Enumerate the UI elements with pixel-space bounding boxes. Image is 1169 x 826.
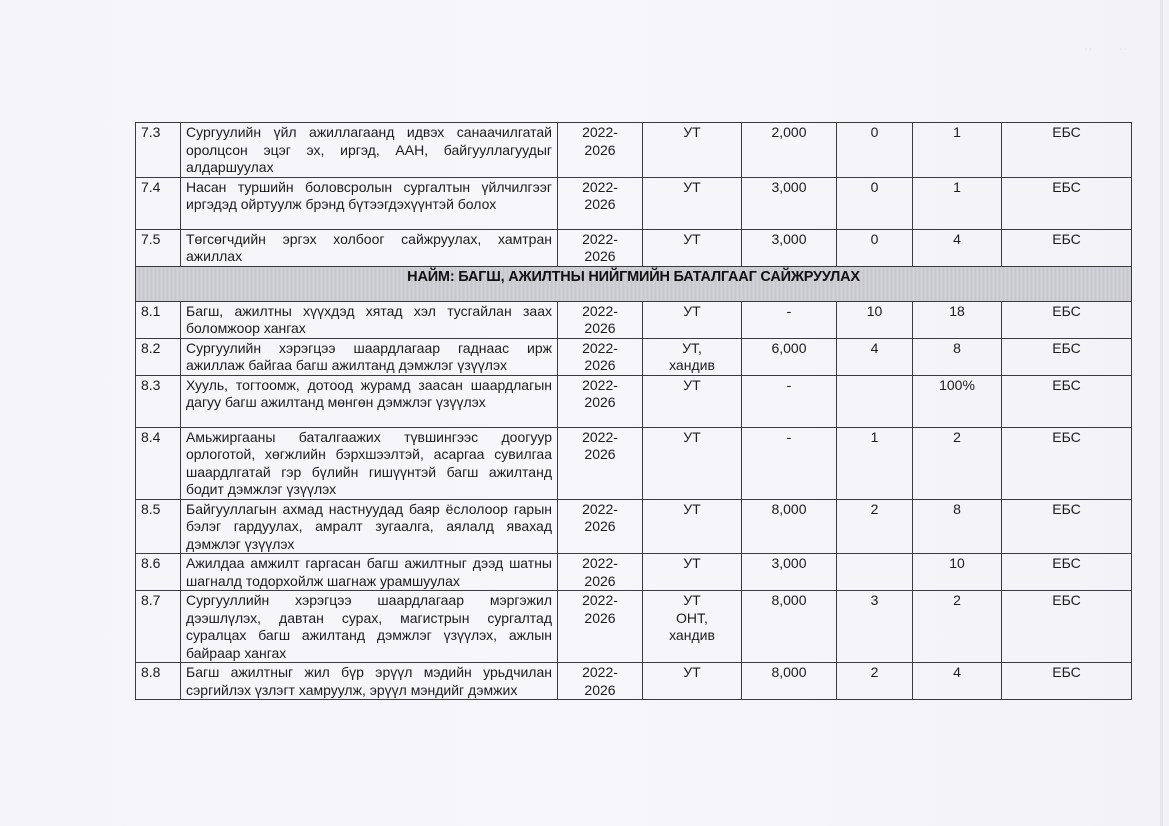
responsible-unit-cell: ЕБС [1002, 499, 1132, 554]
budget-cell: 3,000 [742, 229, 837, 266]
budget-cell: - [742, 301, 837, 338]
period-cell: 2022-2026 [558, 591, 643, 663]
target-cell: 1 [913, 177, 1002, 229]
period-cell: 2022-2026 [558, 177, 643, 229]
baseline-cell: 3 [837, 591, 913, 663]
row-number-cell: 7.3 [136, 123, 181, 178]
activity-description-cell: Багш ажилтныг жил бүр эрүүл мэдийн урьдч… [181, 663, 558, 700]
funding-source-cell: УТ [643, 123, 742, 178]
period-cell: 2022-2026 [558, 375, 643, 427]
baseline-cell: 1 [837, 427, 913, 499]
funding-source-cell: УТ [643, 554, 742, 591]
activity-description-cell: Хууль, тогтоомж, дотоод журамд заасан ша… [181, 375, 558, 427]
activity-description-cell: Төгсөгчдийн эргэх холбоог сайжруулах, ха… [181, 229, 558, 266]
activity-description-cell: Ажилдаа амжилт гаргасан багш ажилтныг дэ… [181, 554, 558, 591]
table-row: 7.4Насан туршийн боловсролын сургалтын ү… [136, 177, 1132, 229]
target-cell: 8 [913, 338, 1002, 375]
scan-marks: ·· ·· [1085, 46, 1150, 53]
responsible-unit-cell: ЕБС [1002, 338, 1132, 375]
table-row: 8.5Байгууллагын ахмад настнуудад баяр ёс… [136, 499, 1132, 554]
funding-source-cell: УТ [643, 663, 742, 700]
row-number-cell: 8.2 [136, 338, 181, 375]
table-row: 8.4Амьжиргааны баталгаажих түвшингээс до… [136, 427, 1132, 499]
baseline-cell [837, 375, 913, 427]
period-cell: 2022-2026 [558, 554, 643, 591]
activity-description-cell: Байгууллагын ахмад настнуудад баяр ёслол… [181, 499, 558, 554]
target-cell: 18 [913, 301, 1002, 338]
baseline-cell: 0 [837, 177, 913, 229]
period-cell: 2022-2026 [558, 229, 643, 266]
row-number-cell: 8.7 [136, 591, 181, 663]
responsible-unit-cell: ЕБС [1002, 591, 1132, 663]
responsible-unit-cell: ЕБС [1002, 123, 1132, 178]
row-number-cell: 8.8 [136, 663, 181, 700]
scan-mark: ·· [1120, 46, 1129, 53]
baseline-cell: 0 [837, 229, 913, 266]
row-number-cell: 8.6 [136, 554, 181, 591]
budget-cell: 8,000 [742, 663, 837, 700]
row-number-cell: 7.5 [136, 229, 181, 266]
row-number-cell: 7.4 [136, 177, 181, 229]
target-cell: 1 [913, 123, 1002, 178]
target-cell: 8 [913, 499, 1002, 554]
target-cell: 10 [913, 554, 1002, 591]
activity-description-cell: Багш, ажилтны хүүхдэд хятад хэл тусгайла… [181, 301, 558, 338]
row-number-cell: 8.4 [136, 427, 181, 499]
row-number-cell: 8.1 [136, 301, 181, 338]
activity-description-cell: Сургуулийн үйл ажиллагаанд идвэх санаачи… [181, 123, 558, 178]
period-cell: 2022-2026 [558, 123, 643, 178]
row-number-cell: 8.3 [136, 375, 181, 427]
responsible-unit-cell: ЕБС [1002, 177, 1132, 229]
baseline-cell: 10 [837, 301, 913, 338]
action-plan-table: 7.3Сургуулийн үйл ажиллагаанд идвэх сана… [135, 122, 1132, 700]
table-row: 8.7Сургууллийн хэрэгцээ шаардлагаар мэрг… [136, 591, 1132, 663]
table-row: 8.3Хууль, тогтоомж, дотоод журамд заасан… [136, 375, 1132, 427]
table-row: 8.1Багш, ажилтны хүүхдэд хятад хэл тусга… [136, 301, 1132, 338]
table-row: 8.2Сургуулийн хэрэгцээ шаардлагаар гадна… [136, 338, 1132, 375]
activity-description-cell: Сургуулийн хэрэгцээ шаардлагаар гаднаас … [181, 338, 558, 375]
budget-cell: - [742, 427, 837, 499]
budget-cell: 3,000 [742, 177, 837, 229]
budget-cell: 6,000 [742, 338, 837, 375]
responsible-unit-cell: ЕБС [1002, 301, 1132, 338]
baseline-cell: 2 [837, 499, 913, 554]
funding-source-cell: УТ,хандив [643, 338, 742, 375]
section-header: НАЙМ: БАГШ, АЖИЛТНЫ НИЙГМИЙН БАТАЛГААГ С… [136, 266, 1132, 301]
funding-source-cell: УТ [643, 177, 742, 229]
section-header-group: НАЙМ: БАГШ, АЖИЛТНЫ НИЙГМИЙН БАТАЛГААГ С… [136, 266, 1132, 301]
budget-cell: 3,000 [742, 554, 837, 591]
funding-source-cell: УТОНТ,хандив [643, 591, 742, 663]
scan-mark: ·· [1085, 46, 1094, 53]
rows-after-section: 8.1Багш, ажилтны хүүхдэд хятад хэл тусга… [136, 301, 1132, 700]
rows-before-section: 7.3Сургуулийн үйл ажиллагаанд идвэх сана… [136, 123, 1132, 267]
page-edge-shadow [1160, 0, 1163, 826]
budget-cell: 2,000 [742, 123, 837, 178]
activity-description-cell: Амьжиргааны баталгаажих түвшингээс доогу… [181, 427, 558, 499]
budget-cell: 8,000 [742, 499, 837, 554]
period-cell: 2022-2026 [558, 338, 643, 375]
responsible-unit-cell: ЕБС [1002, 375, 1132, 427]
target-cell: 2 [913, 427, 1002, 499]
baseline-cell: 2 [837, 663, 913, 700]
baseline-cell [837, 554, 913, 591]
section-header-row: НАЙМ: БАГШ, АЖИЛТНЫ НИЙГМИЙН БАТАЛГААГ С… [136, 266, 1132, 301]
table-row: 8.8Багш ажилтныг жил бүр эрүүл мэдийн ур… [136, 663, 1132, 700]
target-cell: 4 [913, 663, 1002, 700]
table-row: 8.6Ажилдаа амжилт гаргасан багш ажилтныг… [136, 554, 1132, 591]
table-row: 7.5Төгсөгчдийн эргэх холбоог сайжруулах,… [136, 229, 1132, 266]
funding-source-cell: УТ [643, 375, 742, 427]
funding-source-cell: УТ [643, 499, 742, 554]
target-cell: 100% [913, 375, 1002, 427]
responsible-unit-cell: ЕБС [1002, 663, 1132, 700]
responsible-unit-cell: ЕБС [1002, 427, 1132, 499]
funding-source-cell: УТ [643, 427, 742, 499]
responsible-unit-cell: ЕБС [1002, 554, 1132, 591]
budget-cell: 8,000 [742, 591, 837, 663]
budget-cell: - [742, 375, 837, 427]
baseline-cell: 0 [837, 123, 913, 178]
responsible-unit-cell: ЕБС [1002, 229, 1132, 266]
scanned-page: ·· ·· 7.3Сургуулийн үйл ажиллагаанд идвэ… [0, 0, 1169, 826]
baseline-cell: 4 [837, 338, 913, 375]
row-number-cell: 8.5 [136, 499, 181, 554]
period-cell: 2022-2026 [558, 663, 643, 700]
period-cell: 2022-2026 [558, 499, 643, 554]
period-cell: 2022-2026 [558, 301, 643, 338]
funding-source-cell: УТ [643, 301, 742, 338]
target-cell: 4 [913, 229, 1002, 266]
activity-description-cell: Насан туршийн боловсролын сургалтын үйлч… [181, 177, 558, 229]
activity-description-cell: Сургууллийн хэрэгцээ шаардлагаар мэргэжи… [181, 591, 558, 663]
funding-source-cell: УТ [643, 229, 742, 266]
table-row: 7.3Сургуулийн үйл ажиллагаанд идвэх сана… [136, 123, 1132, 178]
period-cell: 2022-2026 [558, 427, 643, 499]
target-cell: 2 [913, 591, 1002, 663]
